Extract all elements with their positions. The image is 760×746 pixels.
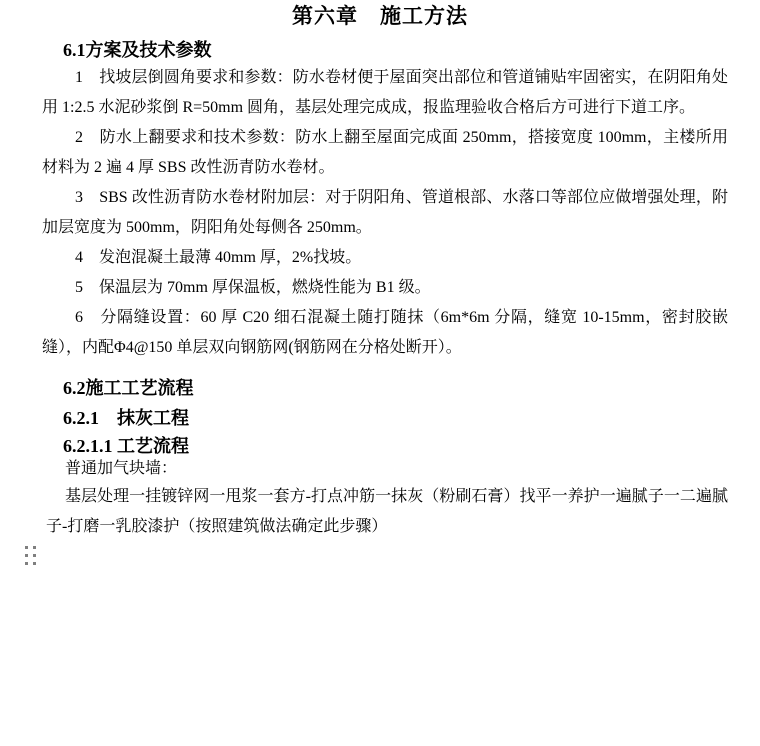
dot (25, 562, 28, 565)
document-page: 第六章 施工方法 6.1方案及技术参数 1 找坡层倒圆角要求和参数：防水卷材便于… (0, 0, 760, 746)
heading-6-1: 6.1方案及技术参数 (63, 39, 728, 61)
chapter-title: 第六章 施工方法 (0, 0, 760, 30)
heading-6-2-1: 6.2.1 抹灰工程 (63, 407, 728, 429)
dot (33, 562, 36, 565)
drag-handle-icon[interactable] (25, 546, 37, 566)
heading-6-2: 6.2施工工艺流程 (63, 377, 728, 399)
document-body: 6.1方案及技术参数 1 找坡层倒圆角要求和参数：防水卷材便于屋面突出部位和管道… (42, 39, 728, 542)
process-flow-text: 基层处理一挂镀锌网一甩浆一套方-打点冲筋一抹灰（粉刷石膏）找平一养护一遍腻子一二… (46, 482, 728, 542)
lead-line-aerated-block-wall: 普通加气块墙： (65, 459, 728, 479)
paragraph-insulation-layer: 5 保温层为 70mm 厚保温板，燃烧性能为 B1 级。 (42, 273, 728, 303)
paragraph-waterproof-upturn: 2 防水上翻要求和技术参数：防水上翻至屋面完成面 250mm，搭接宽度 100m… (42, 123, 728, 183)
paragraph-sbs-additional-layer: 3 SBS 改性沥青防水卷材附加层：对于阴阳角、管道根部、水落口等部位应做增强处… (42, 183, 728, 243)
dot (25, 546, 28, 549)
paragraph-foam-concrete: 4 发泡混凝土最薄 40mm 厚，2%找坡。 (42, 243, 728, 273)
dot (33, 554, 36, 557)
paragraph-slope-layer: 1 找坡层倒圆角要求和参数：防水卷材便于屋面突出部位和管道铺贴牢固密实，在阴阳角… (42, 63, 728, 123)
paragraph-dividing-joint: 6 分隔缝设置：60 厚 C20 细石混凝土随打随抹（6m*6m 分隔，缝宽 1… (42, 303, 728, 363)
dot (25, 554, 28, 557)
dot (33, 546, 36, 549)
heading-6-2-1-1: 6.2.1.1 工艺流程 (63, 435, 728, 457)
